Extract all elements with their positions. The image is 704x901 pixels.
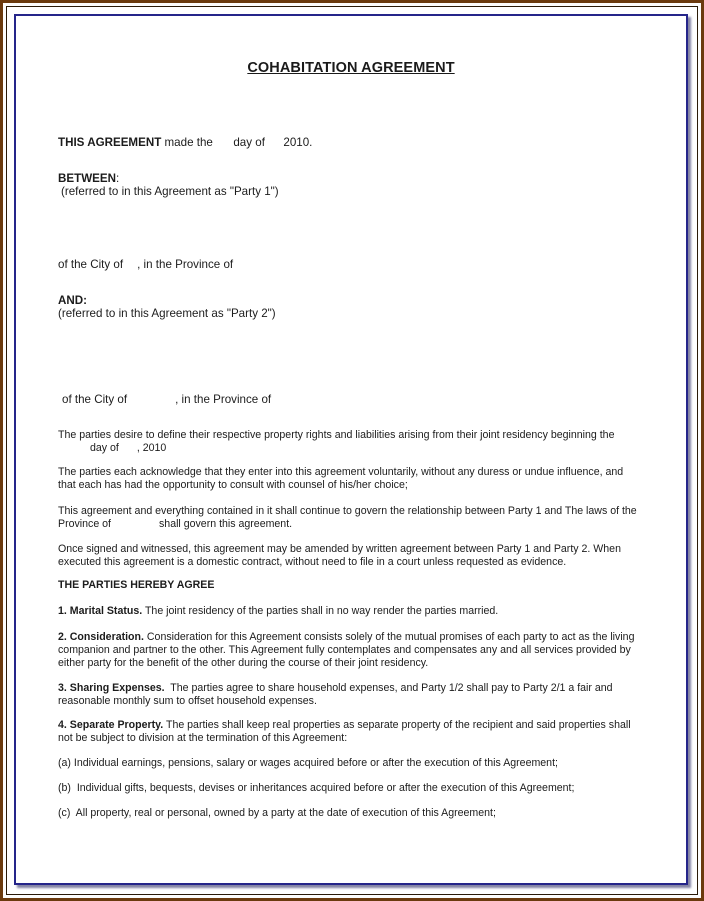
- paragraph-1-line-2: day of, 2010: [90, 442, 166, 455]
- party2-city-line: of the City of, in the Province of: [62, 393, 271, 407]
- paragraph-2-line-2: that each has had the opportunity to con…: [58, 479, 408, 492]
- paragraph-2-line-1: The parties each acknowledge that they e…: [58, 466, 623, 479]
- clause-2-line-1: 2. Consideration. Consideration for this…: [58, 631, 634, 644]
- clause-1-text: The joint residency of the parties shall…: [145, 605, 498, 617]
- paragraph-1-year: , 2010: [137, 442, 166, 454]
- clause-2-heading: 2. Consideration.: [58, 631, 144, 643]
- between-heading: BETWEEN:: [58, 172, 119, 186]
- clause-2-text: Consideration for this Agreement consist…: [147, 631, 635, 643]
- party1-city-label: of the City of: [58, 258, 123, 271]
- clause-3-text: The parties agree to share household exp…: [168, 682, 613, 694]
- party2-city-label: of the City of: [62, 393, 127, 406]
- paragraph-3-govern: shall govern this agreement.: [159, 518, 292, 530]
- between-colon: :: [116, 172, 119, 185]
- intro-made-the: made the: [165, 136, 213, 149]
- paragraph-1-day-of: day of: [90, 442, 119, 454]
- clause-1-heading: 1. Marital Status.: [58, 605, 142, 617]
- subitem-a: (a) Individual earnings, pensions, salar…: [58, 757, 558, 770]
- clause-3-line-1: 3. Sharing Expenses. The parties agree t…: [58, 682, 613, 695]
- intro-year: 2010.: [283, 136, 312, 149]
- document-page: COHABITATION AGREEMENT THIS AGREEMENT ma…: [14, 14, 688, 885]
- clause-3-heading: 3. Sharing Expenses.: [58, 682, 165, 694]
- party1-province-label: , in the Province of: [137, 258, 233, 271]
- clause-1: 1. Marital Status. The joint residency o…: [58, 605, 498, 618]
- clause-2-line-3: either party for the benefit of the othe…: [58, 657, 428, 670]
- between-label: BETWEEN: [58, 172, 116, 185]
- intro-line: THIS AGREEMENT made the day of 2010.: [58, 136, 312, 150]
- document-body: COHABITATION AGREEMENT THIS AGREEMENT ma…: [16, 16, 686, 883]
- agree-heading: THE PARTIES HEREBY AGREE: [58, 579, 214, 592]
- intro-day-of: day of: [233, 136, 265, 149]
- paragraph-3-province-of: Province of: [58, 518, 111, 530]
- clause-4-heading: 4. Separate Property.: [58, 719, 163, 731]
- subitem-b: (b) Individual gifts, bequests, devises …: [58, 782, 574, 795]
- party1-city-line: of the City of, in the Province of: [58, 258, 233, 272]
- intro-lead: THIS AGREEMENT: [58, 136, 161, 149]
- party2-reference: (referred to in this Agreement as "Party…: [58, 307, 276, 321]
- clause-4-line-2: not be subject to division at the termin…: [58, 732, 347, 745]
- paragraph-4-line-1: Once signed and witnessed, this agreemen…: [58, 543, 621, 556]
- and-heading: AND:: [58, 294, 87, 308]
- clause-3-line-2: reasonable monthly sum to offset househo…: [58, 695, 317, 708]
- paragraph-4-line-2: executed this agreement is a domestic co…: [58, 556, 566, 569]
- party2-province-label: , in the Province of: [175, 393, 271, 406]
- clause-4-text: The parties shall keep real properties a…: [166, 719, 631, 731]
- clause-2-line-2: companion and partner to the other. This…: [58, 644, 631, 657]
- party1-reference: (referred to in this Agreement as "Party…: [61, 185, 279, 199]
- clause-4-line-1: 4. Separate Property. The parties shall …: [58, 719, 631, 732]
- paragraph-1-line-1: The parties desire to define their respe…: [58, 429, 614, 442]
- subitem-c: (c) All property, real or personal, owne…: [58, 807, 496, 820]
- and-label: AND:: [58, 294, 87, 307]
- paragraph-3-line-1: This agreement and everything contained …: [58, 505, 637, 518]
- document-title: COHABITATION AGREEMENT: [16, 60, 686, 76]
- paragraph-3-line-2: Province ofshall govern this agreement.: [58, 518, 292, 531]
